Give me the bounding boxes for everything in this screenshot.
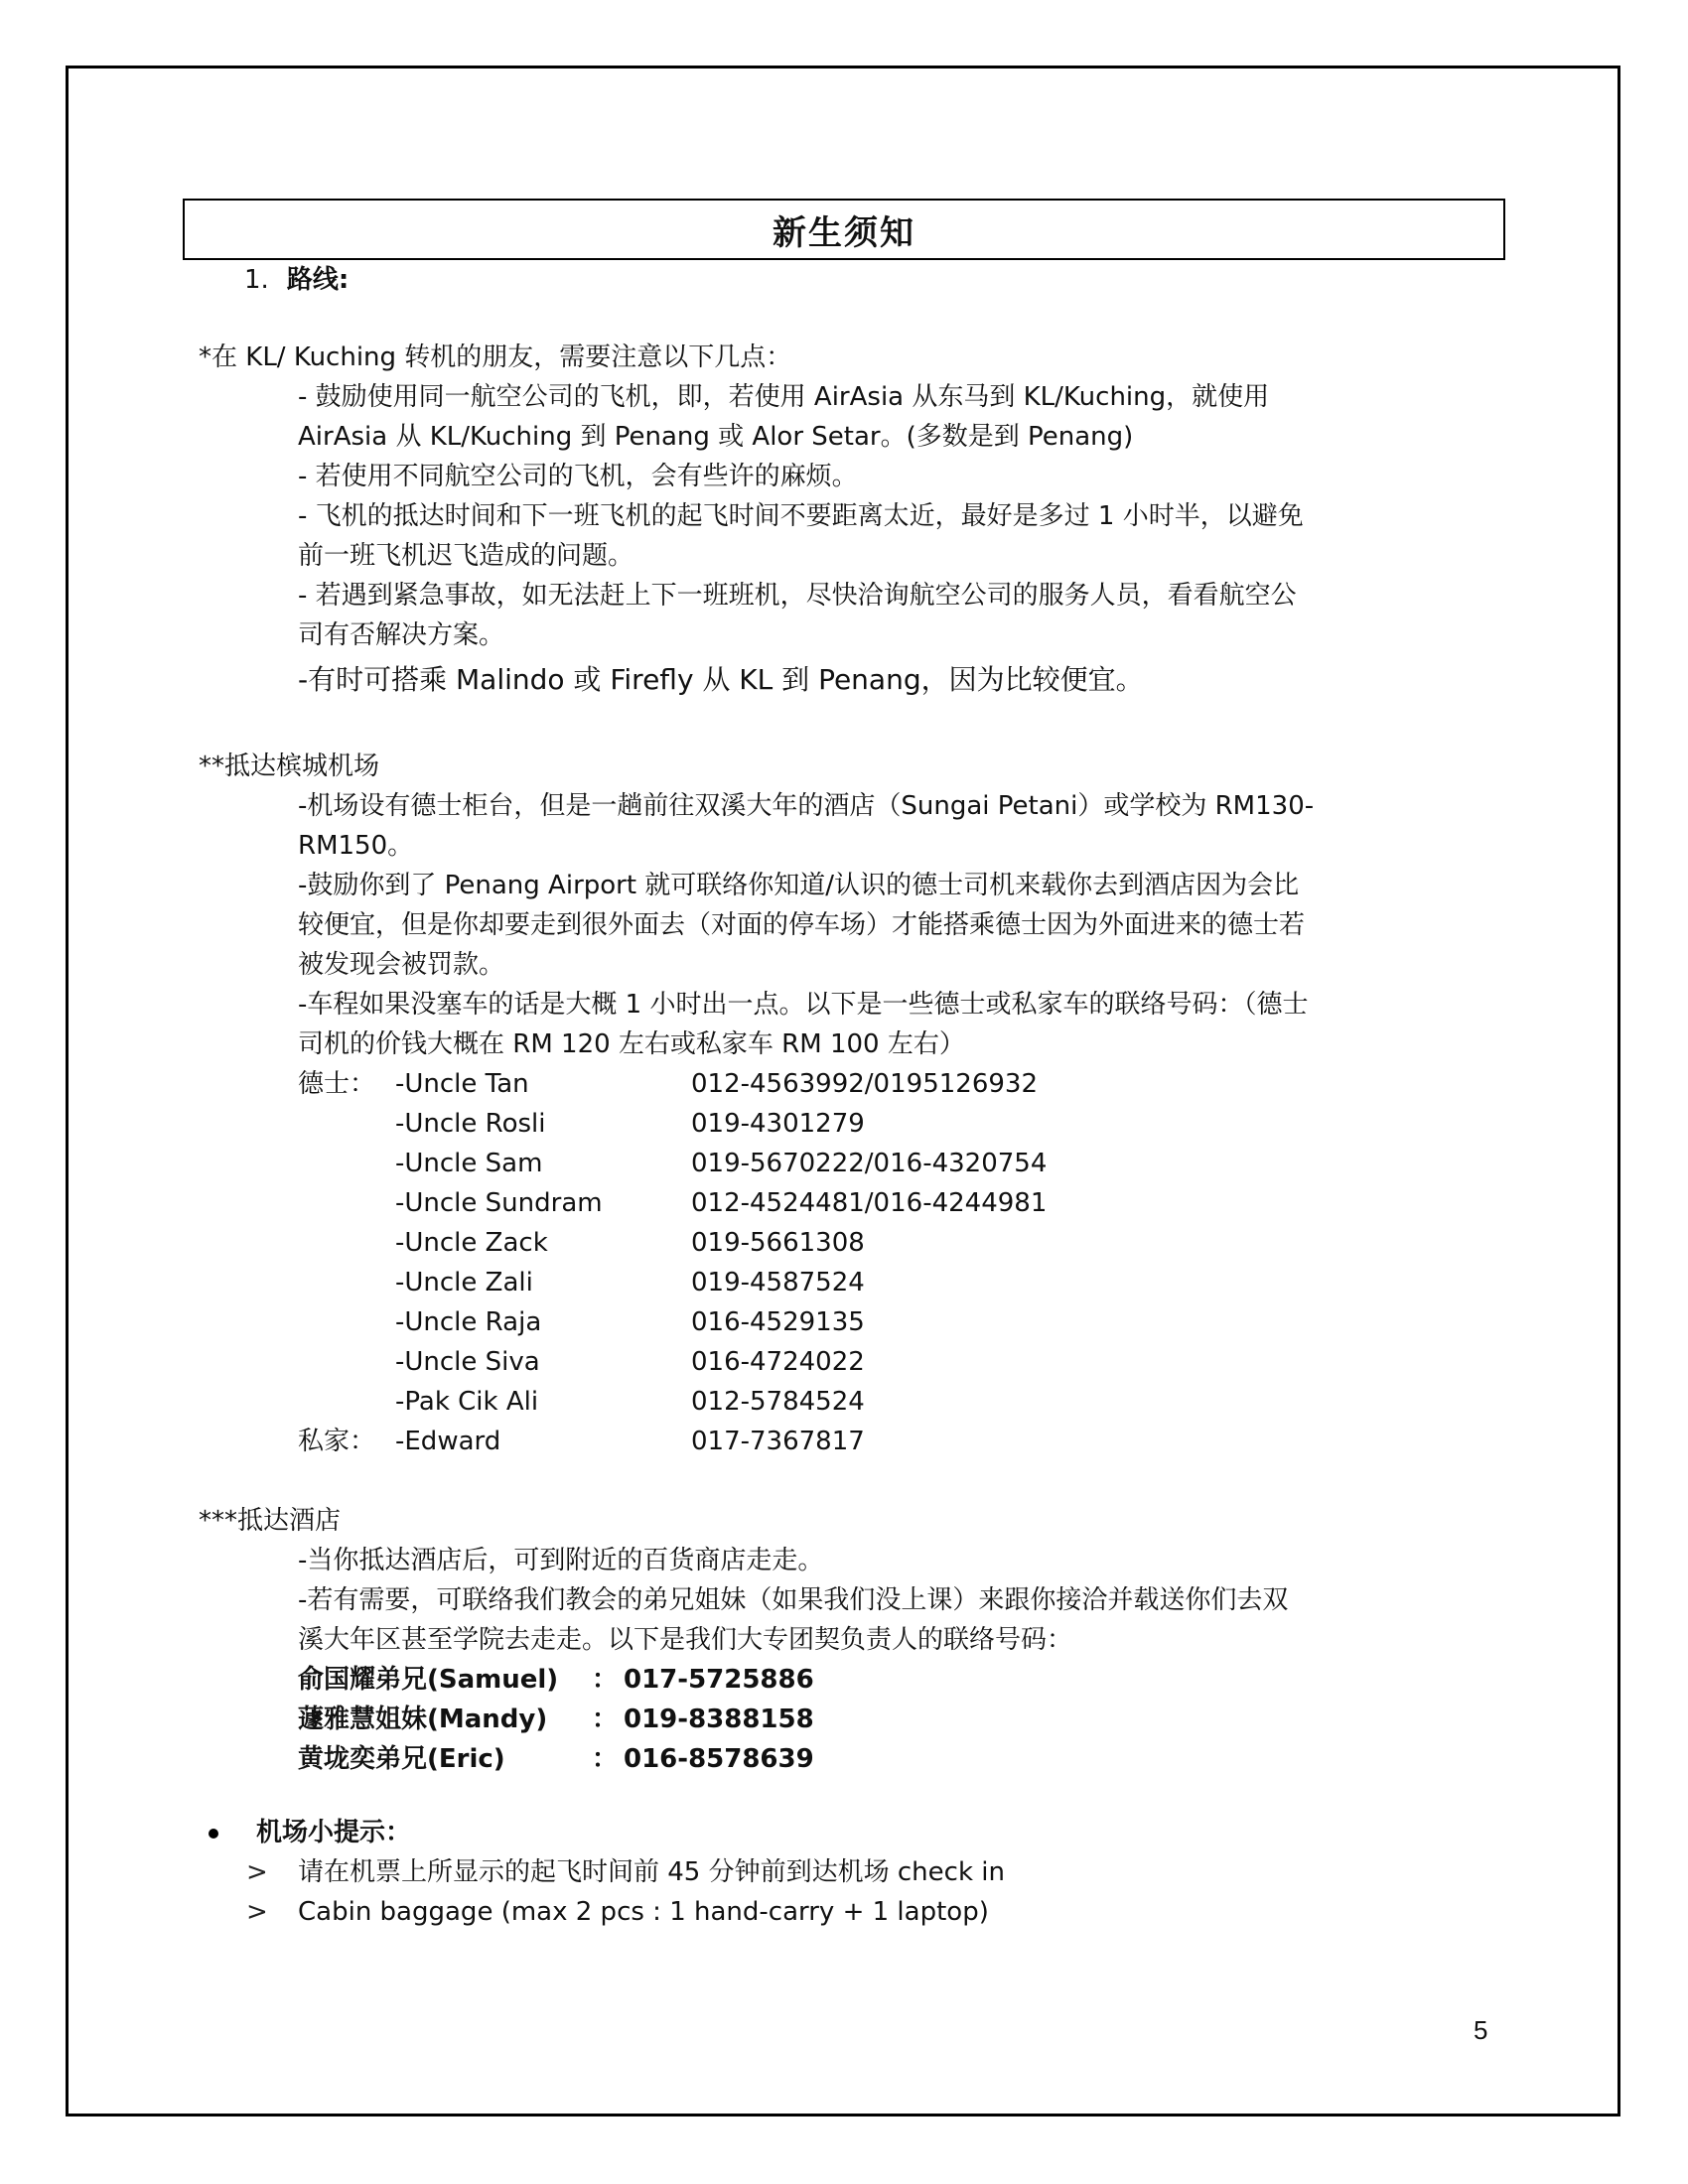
leader-name: 俞国耀弟兄(Samuel) [298,1660,558,1700]
taxi-contact-phone: 019-5670222/016-4320754 [691,1144,1047,1183]
taxi-contact-name: -Uncle Raja [395,1302,541,1342]
transfer-line: - 若使用不同航空公司的飞机，会有些许的麻烦。 [298,457,858,496]
transfer-line: - 飞机的抵达时间和下一班飞机的起飞时间不要距离太近，最好是多过 1 小时半，以… [298,496,1304,536]
transfer-line: AirAsia 从 KL/Kuching 到 Penang 或 Alor Set… [298,417,1133,457]
transfer-line: - 若遇到紧急事故，如无法赶上下一班班机，尽快洽询航空公司的服务人员，看看航空公 [298,576,1297,615]
arrow-bullet-icon: > [246,1892,268,1932]
leader-phone: 017-5725886 [624,1660,814,1700]
taxi-contact-phone: 012-4563992/0195126932 [691,1064,1038,1104]
taxi-contact-phone: 016-4529135 [691,1302,865,1342]
airport-heading: **抵达槟城机场 [199,747,379,786]
tip-item: Cabin baggage (max 2 pcs : 1 hand-carry … [298,1892,989,1932]
airport-line: 司机的价钱大概在 RM 120 左右或私家车 RM 100 左右） [298,1024,965,1064]
page-title: 新生须知 [773,205,915,254]
transfer-heading: *在 KL/ Kuching 转机的朋友，需要注意以下几点： [199,338,791,377]
taxi-contact-name: -Uncle Tan [395,1064,529,1104]
leader-separator: ： [592,1700,618,1739]
airport-line: -鼓励你到了 Penang Airport 就可联络你知道/认识的德士司机来载你… [298,866,1299,905]
taxi-contact-phone: 019-5661308 [691,1223,865,1263]
taxi-contact-name: -Pak Cik Ali [395,1382,538,1422]
leader-separator: ： [592,1739,618,1779]
taxi-contact-phone: 012-4524481/016-4244981 [691,1183,1047,1223]
leader-name: 蘧雅慧姐妹(Mandy) [298,1700,547,1739]
taxi-contact-phone: 019-4301279 [691,1104,865,1144]
leader-phone: 019-8388158 [624,1700,814,1739]
private-contact-phone: 017-7367817 [691,1422,865,1461]
taxi-contact-phone: 016-4724022 [691,1342,865,1382]
taxi-contact-name: -Uncle Zack [395,1223,548,1263]
leader-phone: 016-8578639 [624,1739,814,1779]
taxi-contact-name: -Uncle Sundram [395,1183,603,1223]
taxi-label: 德士： [298,1064,375,1104]
hotel-line: 溪大年区甚至学院去走走。以下是我们大专团契负责人的联络号码： [298,1620,1072,1660]
page-number: 5 [1474,2015,1487,2046]
airport-line: -车程如果没塞车的话是大概 1 小时出一点。以下是一些德士或私家车的联络号码：（… [298,985,1308,1024]
section-number: 1. [244,265,269,295]
leader-name: 黄垅奕弟兄(Eric) [298,1739,505,1779]
bullet-icon [209,1829,218,1839]
leader-separator: ： [592,1660,618,1700]
airport-line: RM150。 [298,826,413,866]
transfer-line: -有时可搭乘 Malindo 或 Firefly 从 KL 到 Penang，因… [298,660,1144,700]
transfer-line: 前一班飞机迟飞造成的问题。 [298,536,633,576]
private-contact-name: -Edward [395,1422,500,1461]
taxi-contact-name: -Uncle Zali [395,1263,533,1302]
taxi-contact-phone: 019-4587524 [691,1263,865,1302]
arrow-bullet-icon: > [246,1852,268,1892]
tip-item: 请在机票上所显示的起飞时间前 45 分钟前到达机场 check in [298,1852,1005,1892]
taxi-contact-name: -Uncle Rosli [395,1104,545,1144]
hotel-line: -若有需要，可联络我们教会的弟兄姐妹（如果我们没上课）来跟你接洽并载送你们去双 [298,1580,1288,1620]
taxi-contact-name: -Uncle Sam [395,1144,542,1183]
airport-line: 被发现会被罚款。 [298,945,504,985]
hotel-line: -当你抵达酒店后，可到附近的百货商店走走。 [298,1541,823,1580]
section-label: 路线: [287,265,349,295]
tips-heading: 机场小提示： [256,1813,411,1852]
airport-line: -机场设有德士柜台，但是一趟前往双溪大年的酒店（Sungai Petani）或学… [298,786,1314,826]
airport-line: 较便宜，但是你却要走到很外面去（对面的停车场）才能搭乘德士因为外面进来的德士若 [298,905,1305,945]
hotel-heading: ***抵达酒店 [199,1501,341,1541]
taxi-contact-phone: 012-5784524 [691,1382,865,1422]
transfer-line: 司有否解决方案。 [298,615,504,655]
taxi-contact-name: -Uncle Siva [395,1342,540,1382]
title-box: 新生须知 [183,199,1505,260]
transfer-line: - 鼓励使用同一航空公司的飞机，即，若使用 AirAsia 从东马到 KL/Ku… [298,377,1269,417]
section-heading: 1.路线: [244,260,349,300]
private-car-label: 私家： [298,1422,375,1461]
